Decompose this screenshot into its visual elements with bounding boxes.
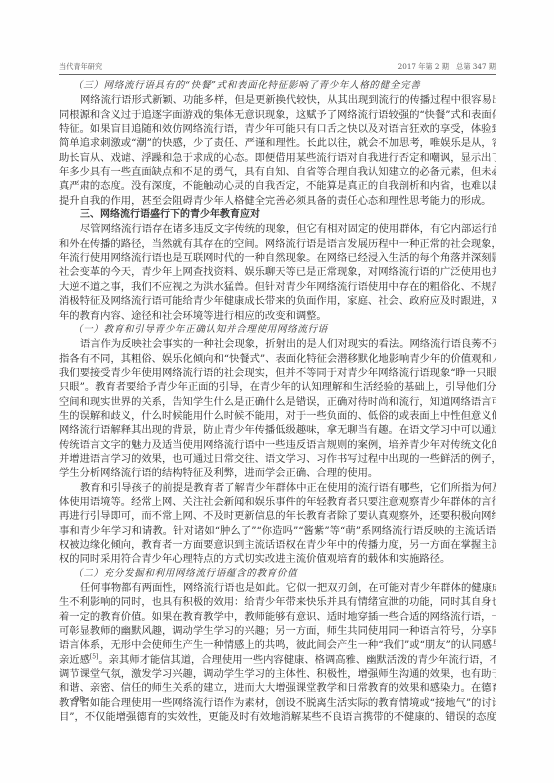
text-line: 语言体系，无形中会使师生产生一种情感上的共鸣，彼此间会产生一种“我们”或“朋友”… xyxy=(59,638,496,652)
text-line: 调节课堂气氛，激发学习兴趣，调动学生学习的主体性、积极性，增强师生沟通的效果，也… xyxy=(59,667,496,681)
text-line: 空间和现实世界的关系，告知学生什么是正确什么是错误，正确对待时尚和流行，知道网络… xyxy=(59,395,496,409)
text-line: 事和青少年学习和请教。针对诸如“肿么了”“你造吗”“酱紫”等“萌”系网络流行语反… xyxy=(59,524,496,538)
text-line: 同根源和含义过于追逐字面游戏的集体无意识现象，这赋予了网络流行语较强的“快餐”式… xyxy=(59,108,496,122)
text-line: 教育者如能合理使用一些网络流行语作为素材，创设不脱离生活实际的教育情境或“接地气… xyxy=(59,696,496,710)
text-line: 简单追求刺激或“潮”的快感，少了责任、严谨和理性。长此以往，就会不加思考，唯娱乐… xyxy=(59,136,496,150)
text-line: 体使用语境等。经常上网、关注社会新闻和娱乐事件的年轻教育者只要注意观察青少年群体… xyxy=(59,495,496,509)
text-line: 任何事物都有两面性，网络流行语也是如此。它似一把双刃剑，在可能对青少年群体的健康… xyxy=(59,581,496,595)
text-line: 网络流行语形式新颖、功能多样，但是更新换代较快，从其出现到流行的传播过程中很容易… xyxy=(59,93,496,107)
text-line: 大逆不道之事，我们不应视之为洪水猛兽。但针对青少年网络流行语使用中存在的粗俗化、… xyxy=(59,280,496,294)
text-line: 亲近感[5]。亲其师才能信其道，合理使用一些内容健康、格调高雅、幽默活泼的青少年… xyxy=(59,653,496,667)
citation-ref: [5] xyxy=(90,653,99,660)
section-heading: 三、网络流行语盛行下的青少年教育应对 xyxy=(59,208,496,222)
subsection-heading: （一）教育和引导青少年正确认知并合理使用网络流行语 xyxy=(59,323,496,337)
text-line: 教育和引导孩子的前提是教育者了解青少年群体中正在使用的流行语有哪些，它们所指为何… xyxy=(59,481,496,495)
text-line: 社会变革的今天，青少年上网查找资料、娱乐聊天等已是正常现象，对网络流行语的广泛使… xyxy=(59,265,496,279)
text-line: 真严肃的态度。没有深度，不能触动心灵的自我否定，不能算是真正的自我剖析和内省，也… xyxy=(59,179,496,193)
text-line: 网络流行语解释其出现的背景，防止青少年传播低级趣味，拿无聊当有趣。在语文学习中可… xyxy=(59,423,496,437)
text-line: 助长盲从、戏谑、浮躁和急于求成的心态。即便借用某些流行语对自我进行否定和嘲讽，显… xyxy=(59,151,496,165)
text-line: 生的误解和歧义，什么时候能用什么时候不能用，对于一些负面的、低俗的或表面上中性但… xyxy=(59,409,496,423)
text-line: 消极特征及网络流行语可能给青少年健康成长带来的负面作用，家庭、社会、政府应及时跟… xyxy=(59,294,496,308)
text-line: 指各有不同，其粗俗、娱乐化倾向和“快餐式”、表面化特征会潜移默化地影响青少年的价… xyxy=(59,352,496,366)
text-line: 传统语言文字的魅力及适当使用网络流行语中一些违反语言规则的案例，培养青少年对传统… xyxy=(59,438,496,452)
text-line: 着一定的教育价值。如果在教育教学中，教师能够有意识、适时地穿插一些合适的网络流行… xyxy=(59,610,496,624)
text-line: 学生分析网络流行语的结构特征及利弊，进而学会正确、合理的使用。 xyxy=(59,466,496,480)
text-line: 我们要接受青少年使用网络流行语的社会现实，但并不等同于对青少年网络流行语现象“睁… xyxy=(59,366,496,380)
text-line: 年的教育内容、途径和社会环境等进行相应的改变和调整。 xyxy=(59,309,496,323)
text-line: 生不利影响的同时，也具有积极的效用：给青少年带来快乐并具有情绪宣泄的功能，同时其… xyxy=(59,595,496,609)
text-line: 年流行使用网络流行语也是互联网时代的一种自然现象。在网络已经浸入生活的每个角落并… xyxy=(59,251,496,265)
text-line: 可彰显教师的幽默风趣，调动学生学习的兴趣；另一方面，师生共同使用同一种语言符号，… xyxy=(59,624,496,638)
text-line: 和外在传播的路径，当然就有其存在的空间。网络流行语是语言发展历程中一种正常的社会… xyxy=(59,237,496,251)
text-line: 再进行引导即可，而不常上网、不及时更新信息的年长教育者除了要认真观察外，还要积极… xyxy=(59,509,496,523)
text-line: 提升自我的作用，甚至会阻碍青少年人格健全完善必须具备的责任心态和理性思考能力的形… xyxy=(59,194,496,208)
issue-info: 2017 年第 2 期 总第 347 期 xyxy=(398,62,496,72)
text-line: 权被边缘化倾向，教育者一方面要意识到主流话语权在青少年中的传播力度，另一方面在掌… xyxy=(59,538,496,552)
text-line: 语言作为反映社会事实的一种社会现象，折射出的是人们对现实的看法。网络流行语良莠不… xyxy=(59,337,496,351)
text-line: 并增进语言学习的效果，也可通过日常交往、语文学习、习作书写过程中出现的一些鲜活的… xyxy=(59,452,496,466)
subsection-heading: （二）充分发掘和利用网络流行语蕴含的教育价值 xyxy=(59,567,496,581)
text-line: 特征。如果盲目追随和效仿网络流行语，青少年可能只有口舌之快以及对语言狂欢的享受，… xyxy=(59,122,496,136)
text-line: 目”，不仅能增强德育的实效性，更能及时有效地消解某些不良语言携带的不健康的、错误… xyxy=(59,710,496,724)
text-line: 和谐、亲密、信任的师生关系的建立，进而大大增强课堂教学和日常教育的效果和感染力。… xyxy=(59,681,496,695)
running-header: 当代青年研究 2017 年第 2 期 总第 347 期 xyxy=(59,62,496,75)
article-body: （三）网络流行语具有的“快餐”式和表面化特征影响了青少年人格的健全完善网络流行语… xyxy=(59,79,496,724)
text-line: 年多少具有一些直面缺点和不足的勇气，具有自知、自省等合理自我认知建立的必备元素，… xyxy=(59,165,496,179)
journal-title: 当代青年研究 xyxy=(59,62,102,72)
page-number: · 98 · xyxy=(69,695,89,704)
text-line: 只眼”。教育者要给予青少年正面的引导，在青少年的认知理解和生活经验的基础上，引导… xyxy=(59,380,496,394)
text-line: 权的同时采用符合青少年心理特点的方式切实改进主流价值观培育的载体和实施路径。 xyxy=(59,552,496,566)
subsection-heading: （三）网络流行语具有的“快餐”式和表面化特征影响了青少年人格的健全完善 xyxy=(59,79,496,93)
text-line: 尽管网络流行语存在诸多违反文字传统的现象，但它有相对固定的使用群体，有它内部运行… xyxy=(59,222,496,236)
